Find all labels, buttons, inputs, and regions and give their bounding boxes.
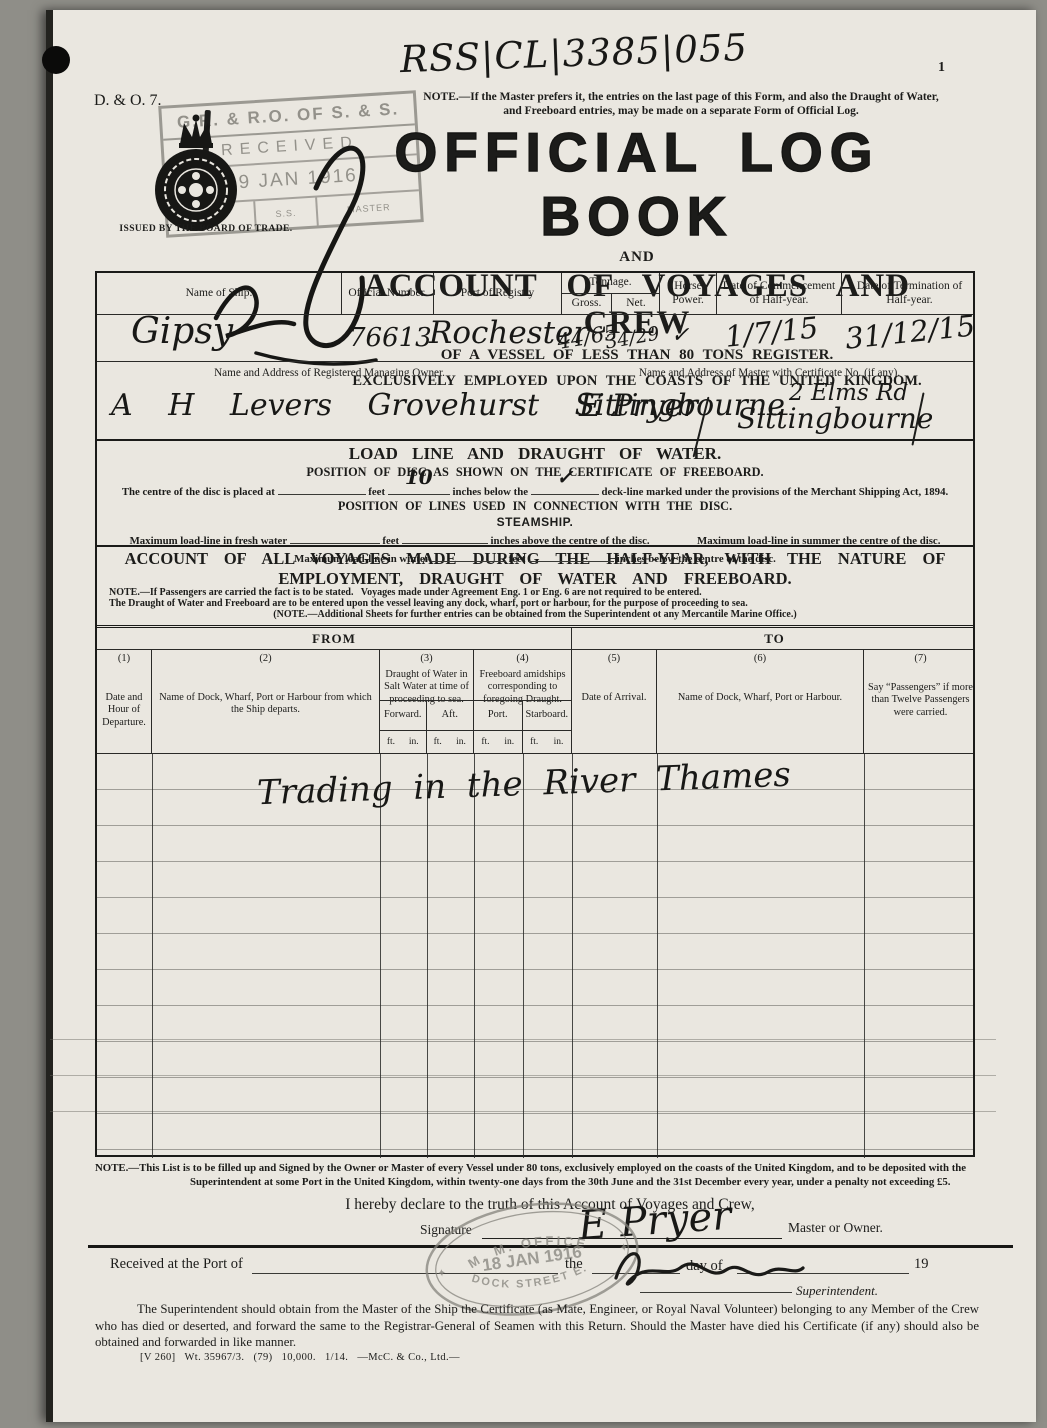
steamship-label: STEAMSHIP. — [97, 515, 973, 529]
superintendent-label: Superintendent. — [796, 1283, 878, 1299]
from-label: FROM — [97, 628, 572, 649]
header-horse-power: Horse Power. — [660, 273, 717, 314]
sub-aft: Aft. — [427, 701, 474, 730]
blank-inches: 10 — [388, 482, 450, 495]
col-departure: (1) Date and Hour of Departure. — [97, 650, 152, 754]
form-code: D. & O. 7. — [94, 92, 162, 110]
voyages-table-body: Trading in the River Thames — [97, 754, 973, 1158]
sub-forward: Forward. — [380, 701, 427, 730]
commencement-date-handwritten: 1/7/15 — [723, 310, 819, 354]
voyages-header-row: (1) Date and Hour of Departure. (2) Name… — [97, 650, 973, 754]
col-passengers: (7) Say “Passengers” if more than Twelve… — [864, 650, 977, 754]
owner-label: Name and Address of Registered Managing … — [97, 362, 562, 384]
scanned-document: RSS|CL|3385|055 1 D. & O. 7. NOTE.—If th… — [0, 0, 1047, 1428]
official-number-handwritten: 76613 — [349, 323, 432, 353]
load-line-section: LOAD LINE AND DRAUGHT OF WATER. POSITION… — [97, 439, 973, 547]
header-gross: Gross. — [562, 294, 612, 314]
title-and: AND — [320, 249, 954, 266]
master-preference-note: NOTE.—If the Master prefers it, the entr… — [420, 90, 942, 119]
header-official-number: Official Number. — [342, 273, 434, 314]
filing-note: NOTE.—This List is to be filled up and S… — [95, 1161, 977, 1189]
to-label: TO — [572, 628, 977, 649]
year-prefix: 19 — [914, 1256, 929, 1273]
owner-master-values: A H Levers Grovehurst Sittingbourne E Pr… — [97, 384, 973, 439]
header-termination: Date of Termination of Half-year. — [842, 273, 977, 314]
col-draught: (3) Draught of Water in Salt Water at ti… — [380, 650, 474, 754]
col-arrival: (5) Date of Arrival. — [572, 650, 657, 754]
ship-header-row: Name of Ship. Official Number. Port of R… — [97, 273, 973, 315]
master-label: Name and Address of Master with Certific… — [562, 362, 977, 384]
disc-fill-line: The centre of the disc is placed at feet… — [97, 482, 973, 498]
summer-load-line: Maximum load-line in summer the centre o… — [697, 535, 940, 547]
superintendent-signature-scrawl — [608, 1238, 808, 1293]
header-port-of-registry: Port of Registry — [434, 273, 562, 314]
blank-deckline: ✓ — [531, 482, 599, 495]
svg-text:✦: ✦ — [436, 1267, 447, 1280]
col-freeboard: (4) Freeboard amidships corresponding to… — [474, 650, 572, 754]
disc-position-subtitle: POSITION OF DISC AS SHOWN ON THE CERTIFI… — [97, 465, 973, 480]
voyages-notes: NOTE.—If Passengers are carried the fact… — [97, 588, 973, 625]
master-name-handwritten: E Pryer — [579, 388, 698, 424]
header-tonnage: Tonnage. Gross. Net. — [562, 273, 660, 314]
voyages-table: FROM TO (1) Date and Hour of Departure. … — [97, 625, 973, 1159]
col-from-port: (2) Name of Dock, Wharf, Port or Harbour… — [152, 650, 380, 754]
printer-imprint: [V 260] Wt. 35967/3. (79) 10,000. 1/14. … — [140, 1352, 460, 1363]
sub-starboard: Starboard. — [523, 701, 572, 730]
page-number: 1 — [938, 60, 945, 76]
main-title: OFFICIAL LOG BOOK — [320, 120, 954, 248]
ship-values-row: Gipsy 76613 Rochester 44/65 34/29 ✓ 1/7/… — [97, 315, 973, 362]
header-name-of-ship: Name of Ship. — [97, 273, 342, 314]
from-to-row: FROM TO — [97, 628, 973, 650]
header-commencement: Date of Commencement of Half-year. — [717, 273, 842, 314]
lines-position-subtitle: POSITION OF LINES USED IN CONNECTION WIT… — [97, 499, 973, 514]
col-to-port: (6) Name of Dock, Wharf, Port or Harbour… — [657, 650, 864, 754]
hole-punch-mark — [42, 46, 70, 74]
master-address2-handwritten: Sittingbourne — [737, 402, 933, 435]
voyages-note3: (NOTE.—Additional Sheets for further ent… — [109, 610, 961, 621]
load-line-title: LOAD LINE AND DRAUGHT OF WATER. — [97, 444, 973, 464]
superintendent-note: The Superintendent should obtain from th… — [95, 1301, 979, 1351]
received-port-label: Received at the Port of — [110, 1256, 243, 1273]
check-icon: ✓ — [671, 323, 689, 348]
blank-feet — [278, 482, 366, 495]
role-label: Master or Owner. — [788, 1220, 883, 1236]
check-icon: ✓ — [556, 465, 573, 489]
ship-name-handwritten: Gipsy — [131, 311, 233, 352]
disc-inches-handwritten: 10 — [405, 465, 433, 489]
sub-port: Port. — [474, 701, 523, 730]
termination-date-handwritten: 31/12/15 — [844, 308, 977, 355]
header-net: Net. — [612, 294, 660, 314]
fresh-water-line: Maximum load-line in fresh water feet in… — [97, 531, 973, 547]
voyages-note2: The Draught of Water and Freeboard are t… — [109, 599, 961, 610]
form-box: Name of Ship. Official Number. Port of R… — [95, 271, 975, 1157]
